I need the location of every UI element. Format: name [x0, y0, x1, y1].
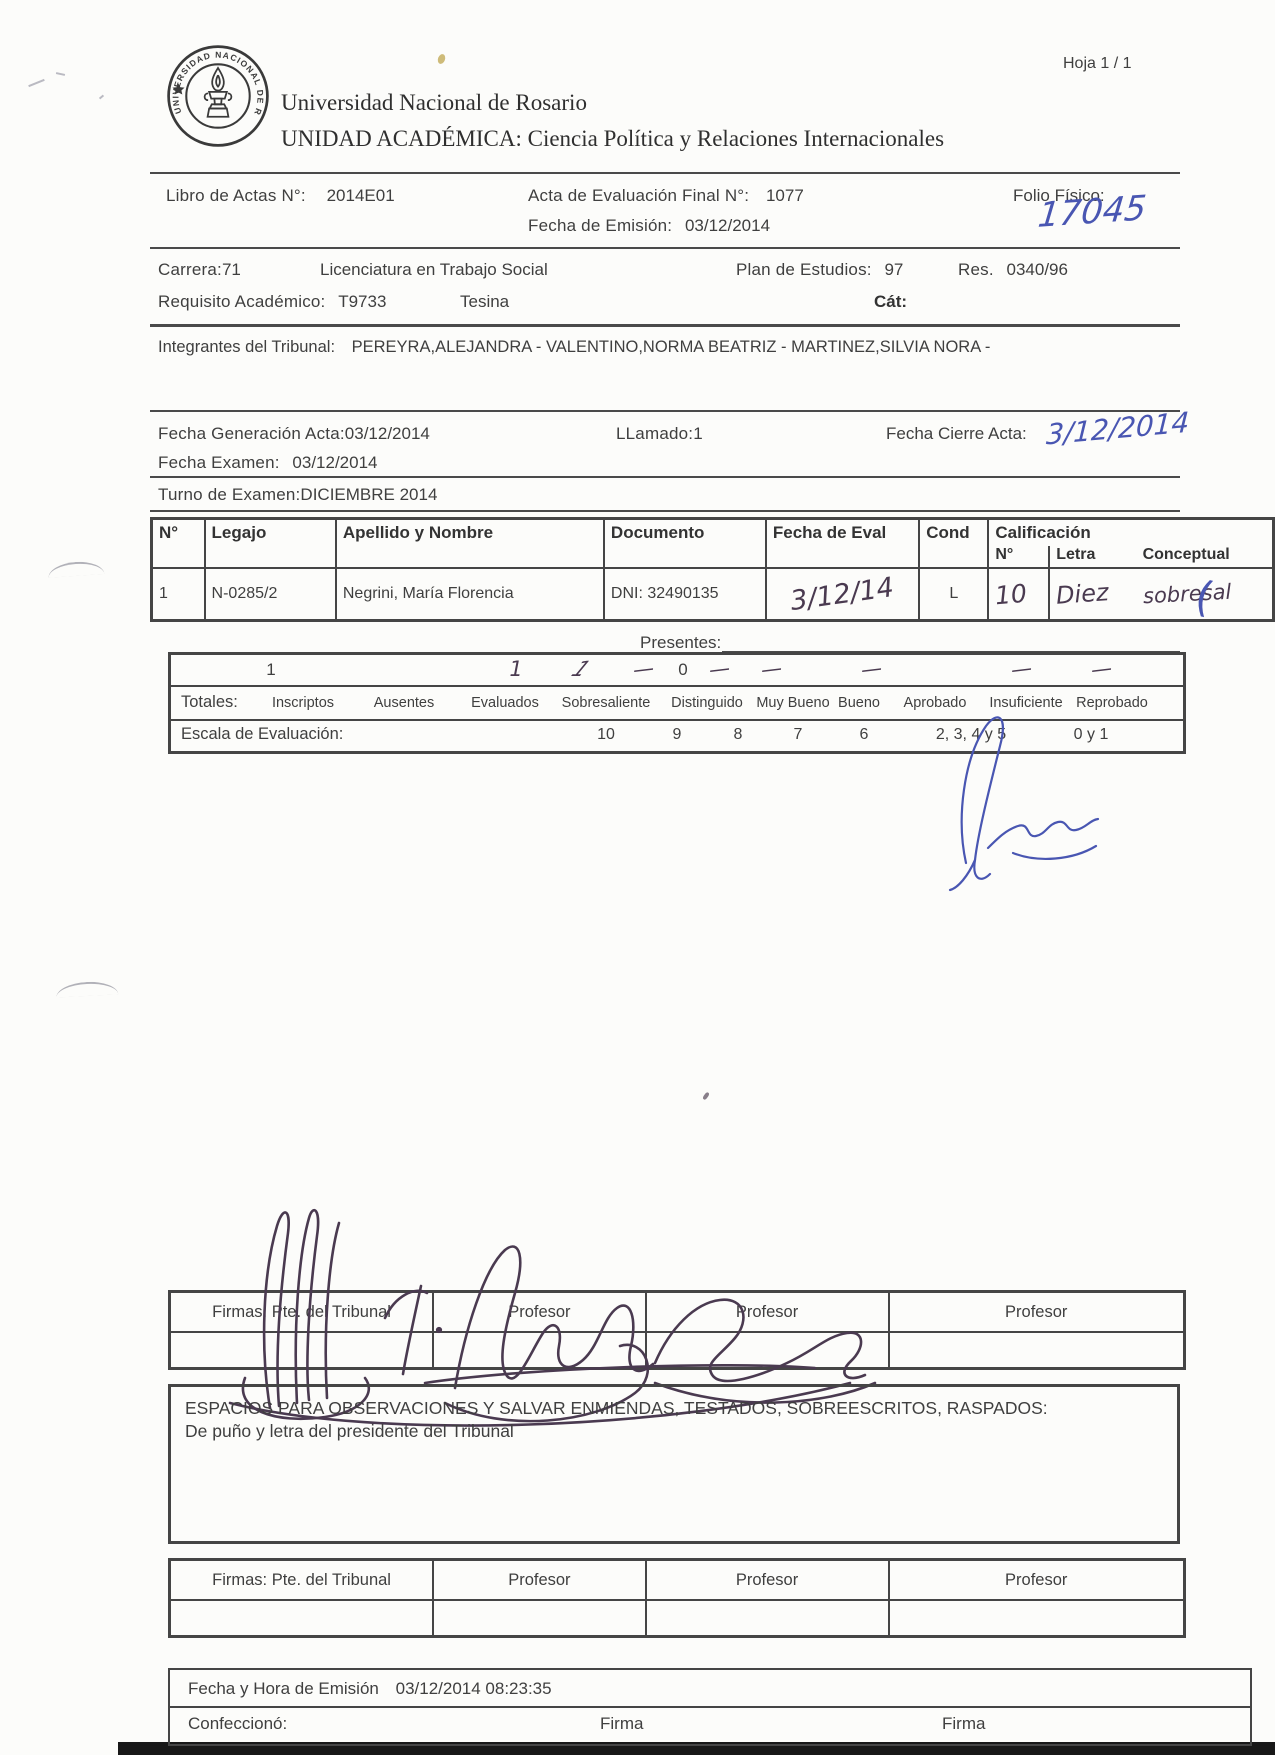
student-cal-letra-cell: Diez — [1049, 568, 1136, 621]
escala-label: Escala de Evaluación: — [181, 725, 343, 744]
signature-cell — [647, 1331, 890, 1367]
categoria-label: Muy Bueno — [756, 695, 829, 711]
escala-row: Escala de Evaluación: 10 9 8 7 6 2, 3, 4… — [171, 721, 1183, 751]
totales-values-row: 1 1 1 — 0 — — — — — — [171, 655, 1183, 685]
fecha-cierre-label: Fecha Cierre Acta: — [886, 424, 1027, 444]
fecha-emision-value: 03/12/2014 — [685, 216, 770, 235]
col-header-calificacion: Calificación — [988, 519, 1273, 547]
firmas-header-row: Firmas: Pte. del Tribunal Profesor Profe… — [171, 1561, 1183, 1599]
llamado-field: LLamado:1 — [616, 424, 703, 444]
observaciones-titulo: ESPACIOS PARA OBSERVACIONES Y SALVAR ENM… — [185, 1397, 1145, 1420]
scan-speck — [702, 1092, 710, 1101]
plan-estudios-field: Plan de Estudios: 97 — [736, 260, 903, 280]
signature-cell — [171, 1599, 434, 1635]
acta-number-label: Acta de Evaluación Final N°: — [528, 186, 749, 205]
turno-label: Turno de Examen: — [158, 485, 300, 504]
totales-mark: 0 — [678, 660, 687, 680]
profesor-label: Profesor — [434, 1293, 647, 1331]
totales-mark: 1 — [567, 657, 595, 681]
tribunal-row: Integrantes del Tribunal: PEREYRA,ALEJAN… — [158, 338, 1218, 357]
escala-value: 7 — [794, 726, 803, 744]
firmas-pte-label: Firmas: Pte. del Tribunal — [171, 1293, 434, 1331]
escala-value: 9 — [673, 726, 682, 744]
categoria-label: Inscriptos — [272, 695, 334, 711]
categoria-label: Reprobado — [1076, 695, 1148, 711]
confecciono-label: Confeccionó: — [188, 1714, 287, 1734]
requisito-codigo: T9733 — [338, 292, 386, 311]
profesor-label: Profesor — [647, 1561, 890, 1599]
col-header-numero: N° — [152, 519, 205, 569]
profesor-label: Profesor — [434, 1561, 647, 1599]
firma-label: Firma — [942, 1714, 985, 1734]
categoria-label: Sobresaliente — [562, 695, 651, 711]
confecciono-row: Confeccionó: Firma Firma — [170, 1708, 1250, 1744]
col-header-cond: Cond — [919, 519, 988, 569]
signature-cell — [890, 1599, 1183, 1635]
carrera-nombre: Licenciatura en Trabajo Social — [320, 260, 548, 280]
student-nombre: Negrini, María Florencia — [336, 568, 604, 621]
firmas-table-2: Firmas: Pte. del Tribunal Profesor Profe… — [168, 1558, 1186, 1638]
totales-mark: — — [708, 656, 731, 682]
carrera-field: Carrera:71 — [158, 260, 241, 280]
totales-table: 1 1 1 — 0 — — — — — Totales: Inscriptos … — [168, 652, 1186, 754]
col-header-cal-numero: N° — [988, 546, 1049, 568]
folio-handwritten-value: 17045 — [1036, 188, 1148, 236]
col-header-documento: Documento — [604, 519, 766, 569]
col-header-fecha-eval: Fecha de Eval — [766, 519, 919, 569]
categoria-label: Aprobado — [904, 695, 967, 711]
fecha-examen-row: Fecha Examen: 03/12/2014 — [158, 453, 1218, 473]
signature-cell — [171, 1331, 434, 1367]
divider — [150, 410, 1180, 412]
fecha-examen-label: Fecha Examen: — [158, 453, 280, 472]
student-documento: DNI: 32490135 — [604, 568, 766, 621]
totales-categories-row: Totales: Inscriptos Ausentes Evaluados S… — [171, 685, 1183, 721]
escala-value: 10 — [597, 726, 615, 744]
signature-cell — [434, 1599, 647, 1635]
totales-label: Totales: — [181, 693, 238, 712]
fecha-eval-handwritten: 3/12/14 — [789, 571, 896, 616]
seal-torch-icon — [205, 68, 232, 117]
firmas-table-1: Firmas: Pte. del Tribunal Profesor Profe… — [168, 1290, 1186, 1370]
fecha-generacion-label: Fecha Generación Acta: — [158, 424, 345, 443]
acta-number-field: Acta de Evaluación Final N°: 1077 — [528, 186, 804, 206]
student-row: 1 N-0285/2 Negrini, María Florencia DNI:… — [152, 568, 1274, 621]
cal-conceptual-handwritten: sobresal — [1142, 580, 1231, 609]
totales-mark: — — [860, 656, 883, 682]
scan-speck — [437, 53, 447, 65]
escala-value: 0 y 1 — [1074, 726, 1109, 744]
fecha-cierre-handwritten: 3/12/2014 — [1045, 406, 1190, 452]
resolucion-field: Res. 0340/96 — [958, 260, 1068, 280]
student-cond: L — [919, 568, 988, 621]
divider — [150, 324, 1180, 327]
totales-mark: 1 — [266, 660, 275, 680]
pencil-arc — [56, 980, 119, 997]
divider — [150, 247, 1180, 249]
totales-mark: 1 — [509, 657, 522, 681]
resolucion-label: Res. — [958, 260, 994, 279]
profesor-label: Profesor — [647, 1293, 890, 1331]
categoria-label: Insuficiente — [989, 695, 1062, 711]
presentes-label: Presentes: — [640, 633, 721, 653]
firmas-signature-row — [171, 1331, 1183, 1367]
emision-box: Fecha y Hora de Emisión 03/12/2014 08:23… — [168, 1668, 1252, 1746]
col-header-cal-letra: Letra — [1049, 546, 1136, 568]
emision-fecha-hora-label: Fecha y Hora de Emisión — [188, 1679, 379, 1698]
requisito-label: Requisito Académico: — [158, 292, 325, 311]
carrera-codigo: 71 — [222, 260, 241, 279]
university-seal-icon: UNIVERSIDAD NACIONAL DE ROSARIO — [166, 44, 270, 148]
catedra-label: Cát: — [874, 292, 907, 312]
observaciones-nota: De puño y letra del presidente del Tribu… — [185, 1420, 1145, 1443]
carrera-label: Carrera: — [158, 260, 222, 279]
llamado-label: LLamado: — [616, 424, 693, 443]
cal-letra-handwritten: Diez — [1055, 578, 1109, 610]
fecha-generacion-value: 03/12/2014 — [345, 424, 430, 443]
libro-actas-label: Libro de Actas N°: — [166, 186, 306, 205]
student-cal-numero-cell: 10 — [988, 568, 1049, 621]
pencil-mark — [99, 95, 104, 100]
totales-mark: — — [1010, 656, 1033, 682]
acta-number-value: 1077 — [766, 186, 804, 205]
signature-cell — [647, 1599, 890, 1635]
plan-estudios-label: Plan de Estudios: — [736, 260, 872, 279]
divider — [150, 510, 1180, 512]
profesor-label: Profesor — [890, 1293, 1183, 1331]
student-numero: 1 — [152, 568, 205, 621]
firmas-signature-row — [171, 1599, 1183, 1635]
totales-mark: — — [760, 656, 783, 682]
divider — [150, 476, 1180, 478]
firma-label: Firma — [600, 1714, 643, 1734]
academic-unit: UNIDAD ACADÉMICA: Ciencia Política y Rel… — [281, 126, 944, 152]
observaciones-box: ESPACIOS PARA OBSERVACIONES Y SALVAR ENM… — [168, 1384, 1180, 1544]
escala-value: 2, 3, 4 y 5 — [936, 726, 1006, 744]
totales-mark: — — [632, 656, 655, 682]
university-name: Universidad Nacional de Rosario — [281, 90, 587, 116]
emision-fecha-hora-value: 03/12/2014 08:23:35 — [396, 1679, 552, 1698]
escala-value: 6 — [860, 726, 869, 744]
categoria-label: Bueno — [838, 695, 880, 711]
turno-value: DICIEMBRE 2014 — [300, 485, 437, 504]
llamado-value: 1 — [693, 424, 702, 443]
fecha-generacion-field: Fecha Generación Acta:03/12/2014 — [158, 424, 430, 444]
libro-actas-field: Libro de Actas N°: 2014E01 — [166, 186, 395, 206]
col-header-nombre: Apellido y Nombre — [336, 519, 604, 569]
firmas-pte-label: Firmas: Pte. del Tribunal — [171, 1561, 434, 1599]
categoria-label: Ausentes — [374, 695, 434, 711]
signature-cell — [434, 1331, 647, 1367]
scanned-acta-page: Hoja 1 / 1 UNIVERSIDAD NACIONAL DE ROSAR… — [0, 0, 1275, 1755]
sheet-number: Hoja 1 / 1 — [1063, 55, 1131, 73]
fecha-emision-label: Fecha de Emisión: — [528, 216, 672, 235]
fecha-examen-value: 03/12/2014 — [292, 453, 377, 472]
totales-mark: — — [1090, 656, 1113, 682]
student-fecha-eval-cell: 3/12/14 — [766, 568, 919, 621]
table-header-row: N° Legajo Apellido y Nombre Documento Fe… — [152, 519, 1274, 547]
libro-actas-value: 2014E01 — [327, 186, 395, 205]
profesor-label: Profesor — [890, 1561, 1183, 1599]
emision-row: Fecha y Hora de Emisión 03/12/2014 08:23… — [170, 1670, 1250, 1708]
requisito-field: Requisito Académico: T9733 — [158, 292, 386, 312]
col-header-cal-conceptual: Conceptual — [1137, 546, 1274, 568]
categoria-label: Distinguido — [671, 695, 743, 711]
tribunal-label: Integrantes del Tribunal: — [158, 338, 335, 356]
pencil-mark — [28, 79, 45, 87]
col-header-legajo: Legajo — [205, 519, 336, 569]
turno-row: Turno de Examen:DICIEMBRE 2014 — [158, 485, 1218, 505]
pencil-mark — [56, 72, 65, 76]
fecha-emision-field: Fecha de Emisión: 03/12/2014 — [528, 216, 770, 236]
plan-estudios-value: 97 — [884, 260, 903, 279]
requisito-nombre: Tesina — [460, 292, 509, 312]
cal-numero-handwritten: 10 — [994, 578, 1028, 610]
escala-value: 8 — [734, 726, 743, 744]
tribunal-nombres: PEREYRA,ALEJANDRA - VALENTINO,NORMA BEAT… — [352, 338, 991, 356]
pencil-arc — [48, 560, 105, 578]
resolucion-value: 0340/96 — [1007, 260, 1068, 279]
firmas-header-row: Firmas: Pte. del Tribunal Profesor Profe… — [171, 1293, 1183, 1331]
student-legajo: N-0285/2 — [205, 568, 336, 621]
divider — [150, 172, 1180, 174]
categoria-label: Evaluados — [471, 695, 539, 711]
evaluation-table: N° Legajo Apellido y Nombre Documento Fe… — [150, 517, 1275, 622]
signature-cell — [890, 1331, 1183, 1367]
